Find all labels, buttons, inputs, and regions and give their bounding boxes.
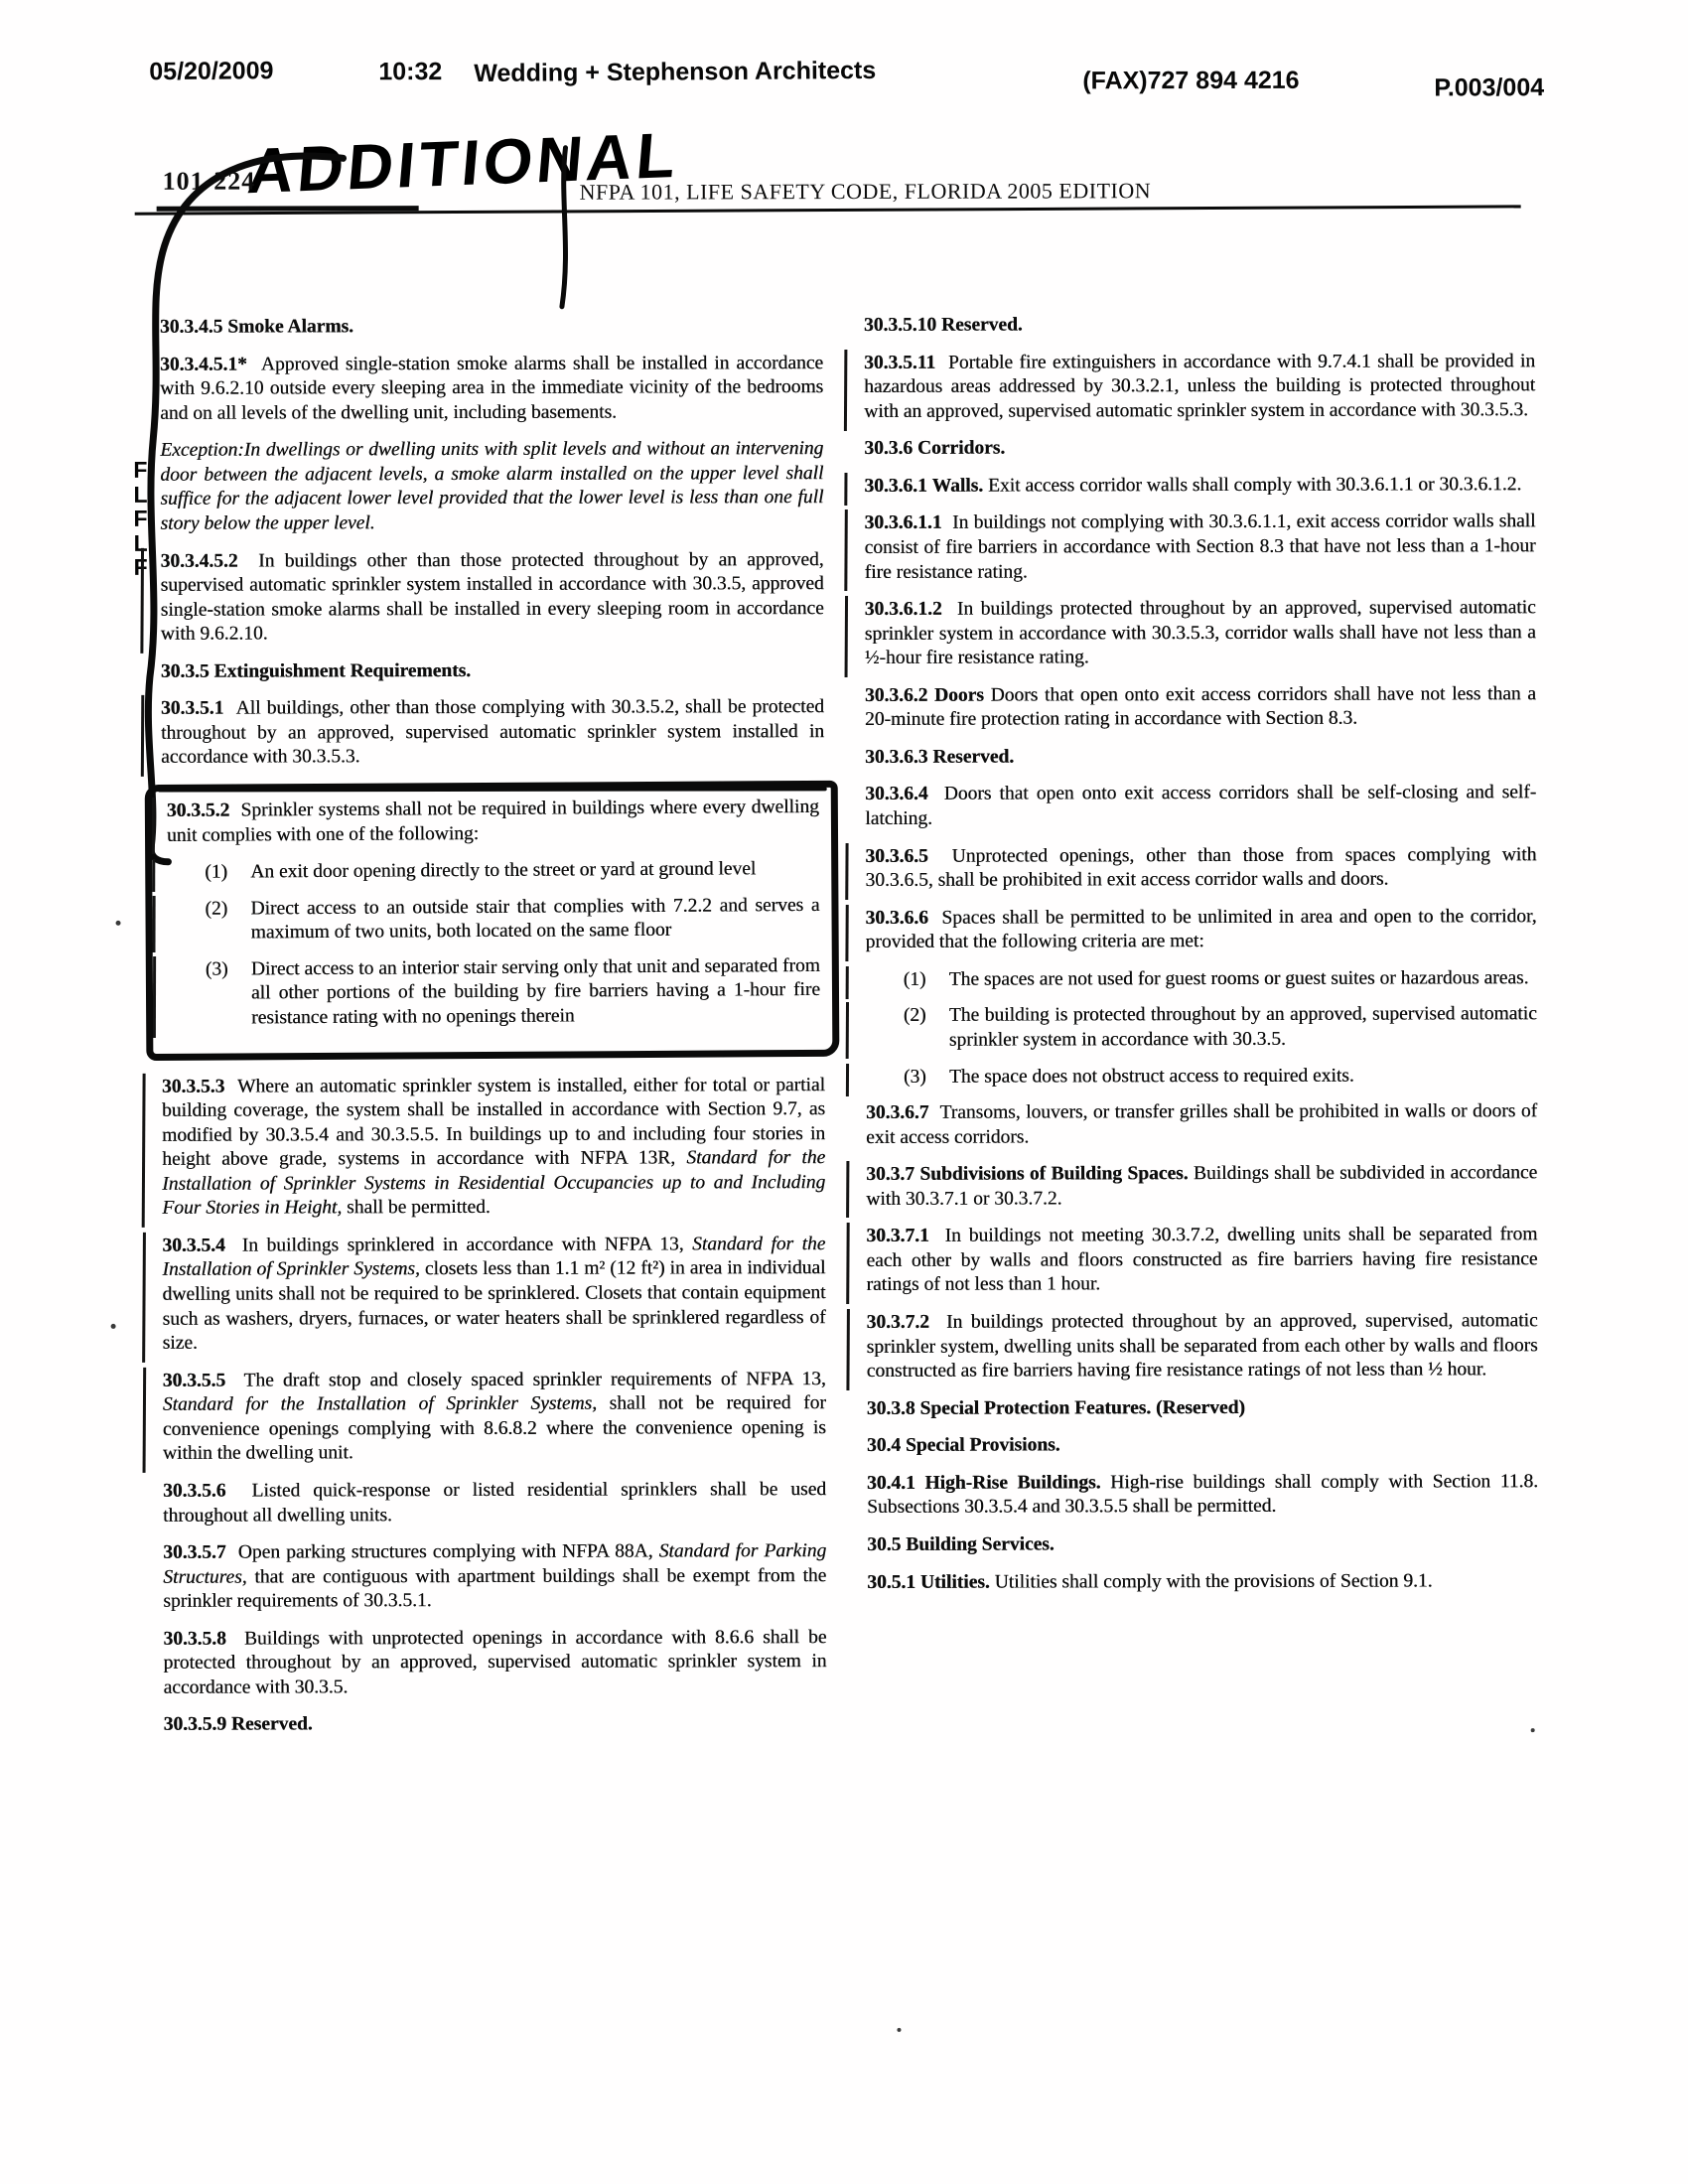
- section-number: 30.3.5.3: [162, 1076, 224, 1096]
- sec-30-3-4-5-2: 30.3.4.5.2 In buildings other than those…: [161, 548, 824, 648]
- section-body: Exit access corridor walls shall comply …: [988, 474, 1521, 496]
- section-number: 30.3.6: [864, 438, 913, 459]
- sec-30-3-5-4: 30.3.5.4 In buildings sprinklered in acc…: [162, 1233, 825, 1357]
- section-body: In buildings protected throughout by an …: [867, 1310, 1538, 1382]
- list-text: The space does not obstruct access to re…: [949, 1064, 1537, 1090]
- section-body: In buildings not meeting 30.3.7.2, dwell…: [866, 1224, 1537, 1295]
- section-body: shall be permitted.: [342, 1197, 491, 1218]
- section-body: The draft stop and closely spaced sprink…: [243, 1369, 825, 1391]
- sec-30-3-5-7: 30.3.5.7 Open parking structures complyi…: [163, 1539, 826, 1614]
- section-number: 30.3.5.8: [163, 1628, 225, 1649]
- scan-artifact-dot: [1531, 1728, 1535, 1732]
- section-body: In buildings sprinklered in accordance w…: [242, 1234, 692, 1255]
- fax-number: (FAX)727 894 4216: [1082, 67, 1299, 96]
- revision-letter: F: [133, 507, 147, 531]
- sec-30-3-6-3: 30.3.6.3 Reserved.: [865, 744, 1536, 770]
- sec-30-3-5-8: 30.3.5.8 Buildings with unprotected open…: [163, 1626, 826, 1700]
- sec-30-3-5-5: 30.3.5.5 The draft stop and closely spac…: [163, 1368, 826, 1467]
- list-item-2: (2)The building is protected throughout …: [866, 1003, 1537, 1054]
- section-title: Special Provisions.: [906, 1435, 1060, 1456]
- section-number: 30.3.5: [161, 660, 210, 681]
- sec-30-3-6-heading: 30.3.6 Corridors.: [864, 435, 1535, 461]
- list-text: The spaces are not used for guest rooms …: [949, 966, 1537, 992]
- sec-30-3-6-7: 30.3.6.7 Transoms, louvers, or transfer …: [866, 1099, 1537, 1150]
- section-number: 30.3.5.11: [864, 352, 935, 372]
- list-item-2: (2)Direct access to an outside stair tha…: [167, 894, 819, 946]
- header-rule-thick-segment: [157, 206, 419, 212]
- section-number: 30.4: [867, 1435, 901, 1456]
- doc-page-ref: 101-224: [163, 167, 256, 197]
- section-body: Open parking structures complying with N…: [238, 1541, 659, 1563]
- sec-30-3-5-1: 30.3.5.1 All buildings, other than those…: [161, 695, 824, 770]
- section-title: Smoke Alarms.: [227, 316, 353, 337]
- scan-artifact-dot: [897, 2028, 901, 2032]
- list-marker: (1): [904, 968, 949, 993]
- sec-30-5: 30.5 Building Services.: [867, 1531, 1538, 1557]
- sec-30-3-6-2: 30.3.6.2 Doors Doors that open onto exit…: [865, 682, 1536, 733]
- section-number: 30.3.5.10: [864, 315, 936, 336]
- scan-artifact-dot: [116, 921, 121, 926]
- list-marker: (3): [904, 1065, 949, 1090]
- revision-letter: F: [133, 458, 147, 483]
- sec-30-3-4-5-heading: 30.3.4.5 Smoke Alarms.: [160, 314, 823, 340]
- sec-30-3-5-3: 30.3.5.3 Where an automatic sprinkler sy…: [162, 1074, 825, 1222]
- sec-30-3-5-10: 30.3.5.10 Reserved.: [864, 312, 1535, 338]
- section-number: 30.3.5.5: [163, 1370, 225, 1390]
- section-number: 30.3.8: [867, 1398, 915, 1419]
- section-number: 30.3.4.5.2: [161, 550, 238, 571]
- section-body: Spaces shall be permitted to be unlimite…: [866, 906, 1537, 952]
- section-title: Reserved.: [932, 746, 1014, 767]
- list-text: The building is protected throughout by …: [949, 1003, 1537, 1054]
- sec-30-3-7: 30.3.7 Subdivisions of Building Spaces. …: [866, 1161, 1537, 1212]
- scan-artifact-dot: [111, 1324, 116, 1329]
- sec-30-3-4-5-1: 30.3.4.5.1* Approved single-station smok…: [160, 352, 823, 426]
- section-body: In buildings other than those protected …: [161, 549, 824, 645]
- section-body: Unprotected openings, other than those f…: [865, 844, 1536, 891]
- left-column: 30.3.4.5 Smoke Alarms. 30.3.4.5.1* Appro…: [160, 314, 827, 1751]
- revision-letter: L: [133, 482, 147, 507]
- section-number: 30.3.5.4: [162, 1236, 224, 1256]
- fax-sender-name: Wedding + Stephenson Architects: [474, 57, 876, 88]
- list-text: An exit door opening directly to the str…: [250, 857, 819, 885]
- section-body: Doors that open onto exit access corrido…: [865, 783, 1536, 829]
- section-title: Extinguishment Requirements.: [213, 660, 471, 682]
- list-marker: (2): [904, 1004, 949, 1053]
- sec-30-3-6-4: 30.3.6.4 Doors that open onto exit acces…: [865, 782, 1536, 832]
- list-item-3: (3)Direct access to an interior stair se…: [168, 954, 820, 1032]
- list-item-1: (1)An exit door opening directly to the …: [167, 857, 819, 886]
- section-title: Subdivisions of Building Spaces.: [919, 1163, 1188, 1185]
- sec-30-3-5-heading: 30.3.5 Extinguishment Requirements.: [161, 658, 824, 684]
- section-number: 30.3.5.6: [163, 1481, 225, 1502]
- sec-30-3-5-2: 30.3.5.2 Sprinkler systems shall not be …: [167, 796, 819, 848]
- section-body: All buildings, other than those complyin…: [161, 696, 824, 768]
- section-number: 30.3.4.5: [160, 317, 222, 338]
- section-body: Buildings with unprotected openings in a…: [163, 1627, 826, 1698]
- section-title: Building Services.: [906, 1533, 1055, 1554]
- section-title: Special Protection Features. (Reserved): [919, 1397, 1244, 1419]
- list-marker: (3): [206, 957, 251, 1031]
- section-number: 30.3.5.2: [167, 801, 230, 821]
- sec-30-3-8: 30.3.8 Special Protection Features. (Res…: [867, 1395, 1538, 1421]
- sec-30-3-7-2: 30.3.7.2 In buildings protected througho…: [867, 1309, 1538, 1383]
- section-body: Transoms, louvers, or transfer grilles s…: [866, 1100, 1537, 1147]
- sec-30-3-6-6: 30.3.6.6 Spaces shall be permitted to be…: [866, 905, 1537, 955]
- section-number: 30.3.6.7: [866, 1102, 928, 1123]
- sec-30-3-6-5: 30.3.6.5 Unprotected openings, other tha…: [865, 843, 1536, 894]
- exception-text: Exception:In dwellings or dwelling units…: [160, 438, 823, 533]
- fax-page-number: P.003/004: [1434, 73, 1544, 102]
- sec-30-3-5-9: 30.3.5.9 Reserved.: [164, 1711, 827, 1737]
- section-title: High-Rise Buildings.: [924, 1472, 1100, 1493]
- section-title: Reserved.: [231, 1714, 313, 1735]
- section-body: Portable fire extinguishers in accordanc…: [864, 351, 1535, 422]
- section-number: 30.3.7.1: [866, 1226, 928, 1246]
- fax-header: 05/20/2009 10:32 Wedding + Stephenson Ar…: [0, 0, 1685, 2]
- section-body: Listed quick-response or listed resident…: [163, 1479, 826, 1526]
- section-number: 30.5.1: [867, 1571, 915, 1592]
- section-number: 30.3.6.1: [864, 476, 926, 497]
- sec-30-3-7-1: 30.3.7.1 In buildings not meeting 30.3.7…: [866, 1223, 1537, 1297]
- section-number: 30.4.1: [867, 1473, 915, 1494]
- section-number: 30.3.6.3: [865, 747, 927, 768]
- fax-date: 05/20/2009: [149, 57, 273, 86]
- sec-30-3-5-11: 30.3.5.11 Portable fire extinguishers in…: [864, 350, 1535, 424]
- list-item-3: (3)The space does not obstruct access to…: [866, 1064, 1537, 1090]
- section-number: 30.3.6.5: [865, 845, 927, 866]
- section-number: 30.3.4.5.1*: [160, 354, 247, 374]
- sec-30-4: 30.4 Special Provisions.: [867, 1432, 1538, 1458]
- sec-30-3-6-1-1: 30.3.6.1.1 In buildings not complying wi…: [864, 510, 1535, 585]
- section-body: that are contiguous with apartment build…: [163, 1565, 826, 1612]
- section-body: Sprinkler systems shall not be required …: [167, 797, 819, 846]
- sec-30-3-6-1: 30.3.6.1 Walls. Exit access corridor wal…: [864, 473, 1535, 499]
- sec-30-3-5-6: 30.3.5.6 Listed quick-response or listed…: [163, 1478, 826, 1529]
- section-number: 30.3.6.1.1: [864, 512, 941, 533]
- section-number: 30.3.5.1: [161, 698, 223, 719]
- section-number: 30.3.6.2: [865, 685, 927, 706]
- section-body: In buildings not complying with 30.3.6.1…: [865, 511, 1536, 583]
- section-number: 30.3.6.6: [866, 907, 928, 928]
- section-number: 30.3.7: [866, 1164, 914, 1185]
- section-title: Reserved.: [941, 315, 1023, 336]
- section-number: 30.3.5.9: [164, 1714, 226, 1735]
- section-body: In buildings protected throughout by an …: [865, 597, 1536, 668]
- document-sheet: 05/20/2009 10:32 Wedding + Stephenson Ar…: [0, 0, 1688, 2184]
- section-title: Utilities.: [920, 1571, 990, 1592]
- hand-drawn-box-30-3-5-2: 30.3.5.2 Sprinkler systems shall not be …: [145, 781, 840, 1061]
- exception-paragraph: Exception:In dwellings or dwelling units…: [160, 437, 823, 536]
- scanned-fax-page: 05/20/2009 10:32 Wedding + Stephenson Ar…: [0, 0, 1688, 2184]
- cited-standard-title: Standard for the Installation of Sprinkl…: [163, 1393, 597, 1415]
- section-title: Walls.: [932, 475, 984, 496]
- fax-time: 10:32: [378, 58, 442, 86]
- list-marker: (2): [205, 897, 250, 946]
- sec-30-4-1: 30.4.1 High-Rise Buildings. High-rise bu…: [867, 1470, 1538, 1521]
- section-number: 30.3.6.1.2: [865, 599, 942, 620]
- right-column: 30.3.5.10 Reserved. 30.3.5.11 Portable f…: [864, 312, 1538, 1608]
- doc-title: NFPA 101, LIFE SAFETY CODE, FLORIDA 2005…: [580, 178, 1152, 206]
- section-title: Doors: [934, 684, 984, 705]
- list-text: Direct access to an outside stair that c…: [250, 894, 819, 946]
- section-number: 30.3.5.7: [163, 1542, 225, 1563]
- section-number: 30.5: [867, 1534, 901, 1555]
- list-text: Direct access to an interior stair servi…: [251, 954, 820, 1031]
- sec-30-5-1: 30.5.1 Utilities. Utilities shall comply…: [867, 1569, 1538, 1595]
- section-number: 30.3.7.2: [867, 1312, 929, 1333]
- section-body: Approved single-station smoke alarms sha…: [160, 353, 823, 424]
- list-marker: (1): [205, 861, 250, 886]
- section-title: Corridors.: [917, 438, 1005, 459]
- section-number: 30.3.6.4: [865, 784, 927, 804]
- section-body: Utilities shall comply with the provisio…: [995, 1570, 1433, 1592]
- list-item-1: (1)The spaces are not used for guest roo…: [866, 966, 1537, 992]
- sec-30-3-6-1-2: 30.3.6.1.2 In buildings protected throug…: [865, 596, 1536, 670]
